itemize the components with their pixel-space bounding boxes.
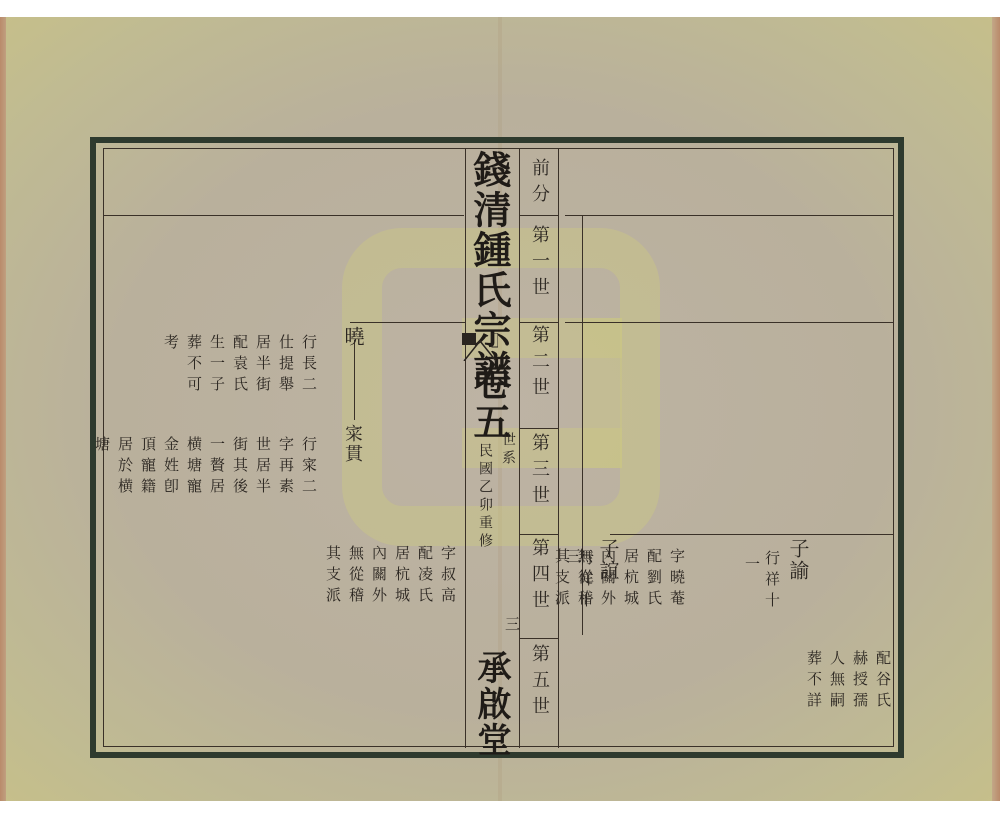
bio-column: 仕提舉: [278, 334, 293, 397]
gen-divider: [519, 322, 559, 323]
gen-label-3: 第三世: [530, 433, 548, 511]
grid-line: [565, 215, 893, 216]
gen-header: 前分: [530, 158, 548, 210]
page-edge-left: [0, 17, 6, 801]
gen-divider: [519, 534, 559, 535]
fish-tail-mark-icon: [462, 333, 498, 361]
bio-column: 配谷氏: [875, 650, 890, 713]
gen-label-4: 第四世: [530, 538, 548, 616]
bio-column: 人無嗣: [829, 650, 844, 713]
person-biography: 字曉菴 配劉氏 居杭城 內關外 無從稽 其支派: [554, 548, 684, 611]
bio-column: 行寀二: [301, 436, 316, 499]
bio-column: 居杭城: [394, 545, 409, 608]
gen-divider: [519, 428, 559, 429]
bio-column: 赫授孺: [852, 650, 867, 713]
gen-label-2: 第二世: [530, 325, 548, 403]
gen-label-1: 第一世: [530, 225, 548, 303]
bio-column: 横塘寵: [186, 436, 201, 499]
lineage-connector: [354, 340, 355, 420]
bio-column: 塘: [94, 436, 109, 499]
grid-line: [104, 215, 464, 216]
bio-column: 行長二: [301, 334, 316, 397]
gen-label-5: 第五世: [530, 644, 548, 722]
bio-column: 世居半: [255, 436, 270, 499]
bio-column: 配袁氏: [232, 334, 247, 397]
bio-column: 內關外: [600, 548, 615, 611]
person-name: 子諭: [788, 538, 808, 582]
bio-column: 葬不可: [186, 334, 201, 397]
bio-column: 居杭城: [623, 548, 638, 611]
grid-line: [610, 534, 893, 535]
person-name: 曉: [343, 326, 363, 348]
bio-column: 內關外: [371, 545, 386, 608]
rank-column: 一: [744, 556, 759, 577]
person-biography: 行寀二 字再素 世居半 街其後 一贅居 横塘寵 金姓卽 頂寵籍 居於横 塘: [94, 436, 316, 499]
gen-column-line: [558, 148, 559, 748]
hall-name: 承啟堂: [474, 650, 508, 758]
bio-column: 金姓卽: [163, 436, 178, 499]
bio-column: 居於横: [117, 436, 132, 499]
person-biography: 配谷氏 赫授孺 人無嗣 葬不詳: [806, 650, 890, 713]
bio-column: 配劉氏: [646, 548, 661, 611]
bio-column: 其支派: [325, 545, 340, 608]
bio-column: 無從稽: [577, 548, 592, 611]
title-column-line: [519, 148, 520, 748]
gen-divider: [519, 638, 559, 639]
bio-column: 居半街: [255, 334, 270, 397]
volume-label: 卷五: [470, 362, 508, 442]
bio-column: 配凌氏: [417, 545, 432, 608]
gen-divider: [519, 215, 559, 216]
bio-column: 生一子: [209, 334, 224, 397]
person-name: 寀貫: [343, 424, 361, 464]
bio-column: 街其後: [232, 436, 247, 499]
section-label: 世系: [501, 432, 515, 468]
bio-column: 其支派: [554, 548, 569, 611]
rank-column: 行祥十: [764, 550, 779, 613]
page-number: 三: [504, 616, 519, 637]
title-column-line: [465, 148, 466, 748]
edition-note: 民國乙卯重修: [478, 443, 492, 551]
bio-column: 一贅居: [209, 436, 224, 499]
bio-column: 葬不詳: [806, 650, 821, 713]
grid-line: [350, 322, 465, 323]
bio-column: 頂寵籍: [140, 436, 155, 499]
bio-column: 字叔高: [440, 545, 455, 608]
grid-line: [565, 322, 893, 323]
bio-column: 考: [163, 334, 178, 397]
page-edge-right: [992, 17, 1000, 801]
person-biography: 字叔高 配凌氏 居杭城 內關外 無從稽 其支派: [325, 545, 455, 608]
person-biography: 行長二 仕提舉 居半街 配袁氏 生一子 葬不可 考: [163, 334, 316, 397]
bio-column: 字再素: [278, 436, 293, 499]
bio-column: 字曉菴: [669, 548, 684, 611]
bio-column: 無從稽: [348, 545, 363, 608]
